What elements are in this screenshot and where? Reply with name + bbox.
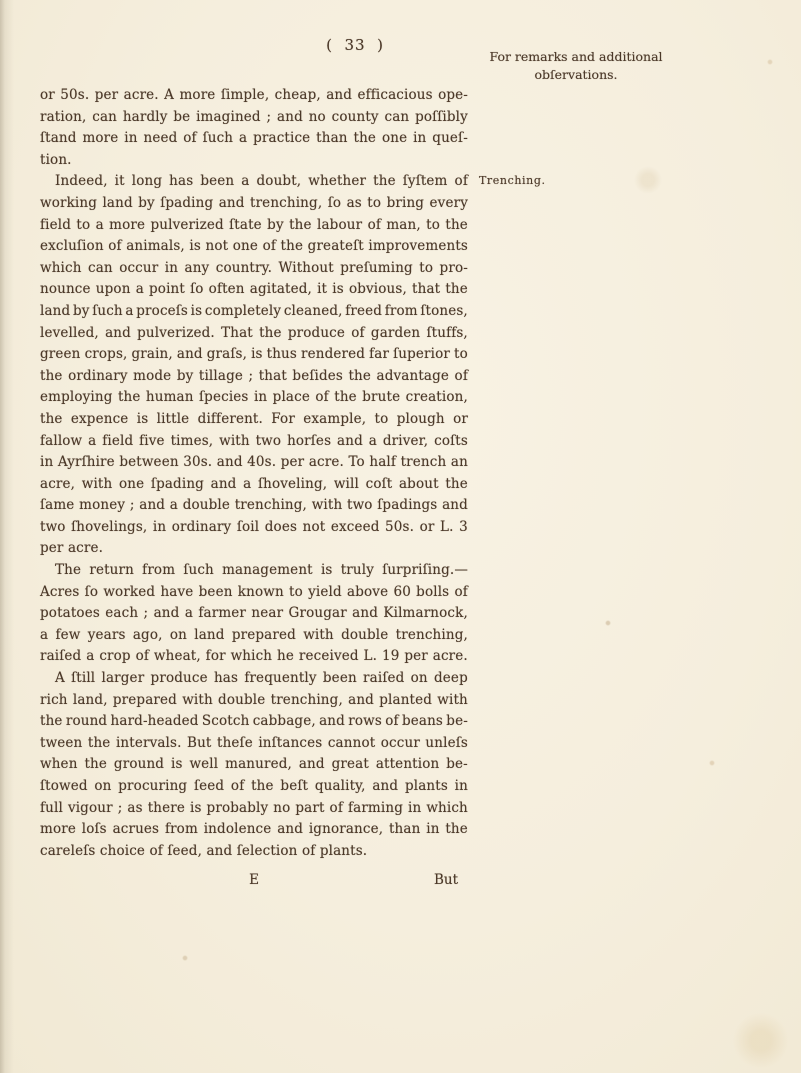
text-line: ration,canhardlybeimagined;andnocountyca… bbox=[40, 107, 468, 129]
text-line: Indeed,itlonghasbeenadoubt,whethertheſyſ… bbox=[40, 171, 468, 193]
text-line: theroundhard-headedScotchcabbage,androws… bbox=[40, 711, 468, 733]
text-line: ſamemoney;andadoubletrenching,withtwoſpa… bbox=[40, 495, 468, 517]
text-line: careleſs choice of ſeed, and ſelection o… bbox=[40, 841, 468, 863]
margin-note-remarks: For remarks and additional obſervations. bbox=[478, 48, 674, 84]
text-line: landbyſuchaproceſsiscompletelycleaned,fr… bbox=[40, 301, 468, 323]
text-line: excluſionofanimals,isnotoneofthegreateſt… bbox=[40, 236, 468, 258]
text-line: ſtandmoreinneedofſuchapracticethantheone… bbox=[40, 128, 468, 150]
paragraph: Thereturnfromſuchmanagementistrulyſurpri… bbox=[40, 560, 468, 668]
signature-row: E But bbox=[40, 869, 468, 891]
text-line: moreloſsacruesfromindolenceandignorance,… bbox=[40, 819, 468, 841]
text-line: fullvigour;asthereisprobablynopartoffarm… bbox=[40, 798, 468, 820]
text-line: tion. bbox=[40, 150, 468, 172]
text-line: per acre. bbox=[40, 538, 468, 560]
paragraph: or50s.peracre.Amoreſimple,cheap,andeffic… bbox=[40, 85, 468, 171]
text-line: raiſedacropofwheat,forwhichhereceivedL.1… bbox=[40, 646, 468, 668]
text-line: whenthegroundiswellmanured,andgreatatten… bbox=[40, 754, 468, 776]
text-line: greencrops,grain,andgraſs,isthusrendered… bbox=[40, 344, 468, 366]
text-line: workinglandbyſpadingandtrenching,ſoastob… bbox=[40, 193, 468, 215]
body-text: or50s.peracre.Amoreſimple,cheap,andeffic… bbox=[40, 85, 468, 862]
book-page: ( 33 ) For remarks and additional obſerv… bbox=[0, 0, 801, 1073]
text-line: acre,withoneſpadingandaſhoveling,willcoſ… bbox=[40, 474, 468, 496]
paragraph: Indeed,itlonghasbeenadoubt,whethertheſyſ… bbox=[40, 171, 468, 560]
text-line: Aſtilllargerproducehasfrequentlybeenraiſ… bbox=[40, 668, 468, 690]
text-line: theordinarymodebytillage;thatbeſidesthea… bbox=[40, 366, 468, 388]
text-line: afewyearsago,onlandpreparedwithdoubletre… bbox=[40, 625, 468, 647]
text-line: Acresſoworkedhavebeenknowntoyieldabove60… bbox=[40, 582, 468, 604]
margin-note-remarks-line2: obſervations. bbox=[478, 66, 674, 84]
text-line: inAyrſhirebetween30s.and40s.peracre.Toha… bbox=[40, 452, 468, 474]
text-line: richland,preparedwithdoubletrenching,and… bbox=[40, 690, 468, 712]
catchword: But bbox=[434, 869, 458, 891]
text-line: fallowafieldfivetimes,withtwohorſesandad… bbox=[40, 431, 468, 453]
text-line: Thereturnfromſuchmanagementistrulyſurpri… bbox=[40, 560, 468, 582]
text-line: theexpenceislittledifferent.Forexample,t… bbox=[40, 409, 468, 431]
margin-note-trenching: Trenching. bbox=[479, 174, 546, 187]
text-line: potatoeseach;andafarmernearGrougarandKil… bbox=[40, 603, 468, 625]
text-line: whichcanoccurinanycountry.Withoutpreſumi… bbox=[40, 258, 468, 280]
paragraph: Aſtilllargerproducehasfrequentlybeenraiſ… bbox=[40, 668, 468, 862]
text-line: levelled,andpulverized.Thattheproduceofg… bbox=[40, 323, 468, 345]
text-line: nounceuponapointſooftenagitated,itisobvi… bbox=[40, 279, 468, 301]
text-line: tweentheintervals.Buttheſeinſtancescanno… bbox=[40, 733, 468, 755]
margin-note-remarks-line1: For remarks and additional bbox=[478, 48, 674, 66]
text-line: employingthehumanſpeciesinplaceofthebrut… bbox=[40, 387, 468, 409]
text-line: twoſhovelings,inordinaryſoildoesnotexcee… bbox=[40, 517, 468, 539]
signature-mark: E bbox=[40, 869, 468, 891]
text-line: or50s.peracre.Amoreſimple,cheap,andeffic… bbox=[40, 85, 468, 107]
text-line: ſtowedonprocuringſeedofthebeſtquality,an… bbox=[40, 776, 468, 798]
text-line: fieldtoamorepulverizedſtatebythelabourof… bbox=[40, 215, 468, 237]
